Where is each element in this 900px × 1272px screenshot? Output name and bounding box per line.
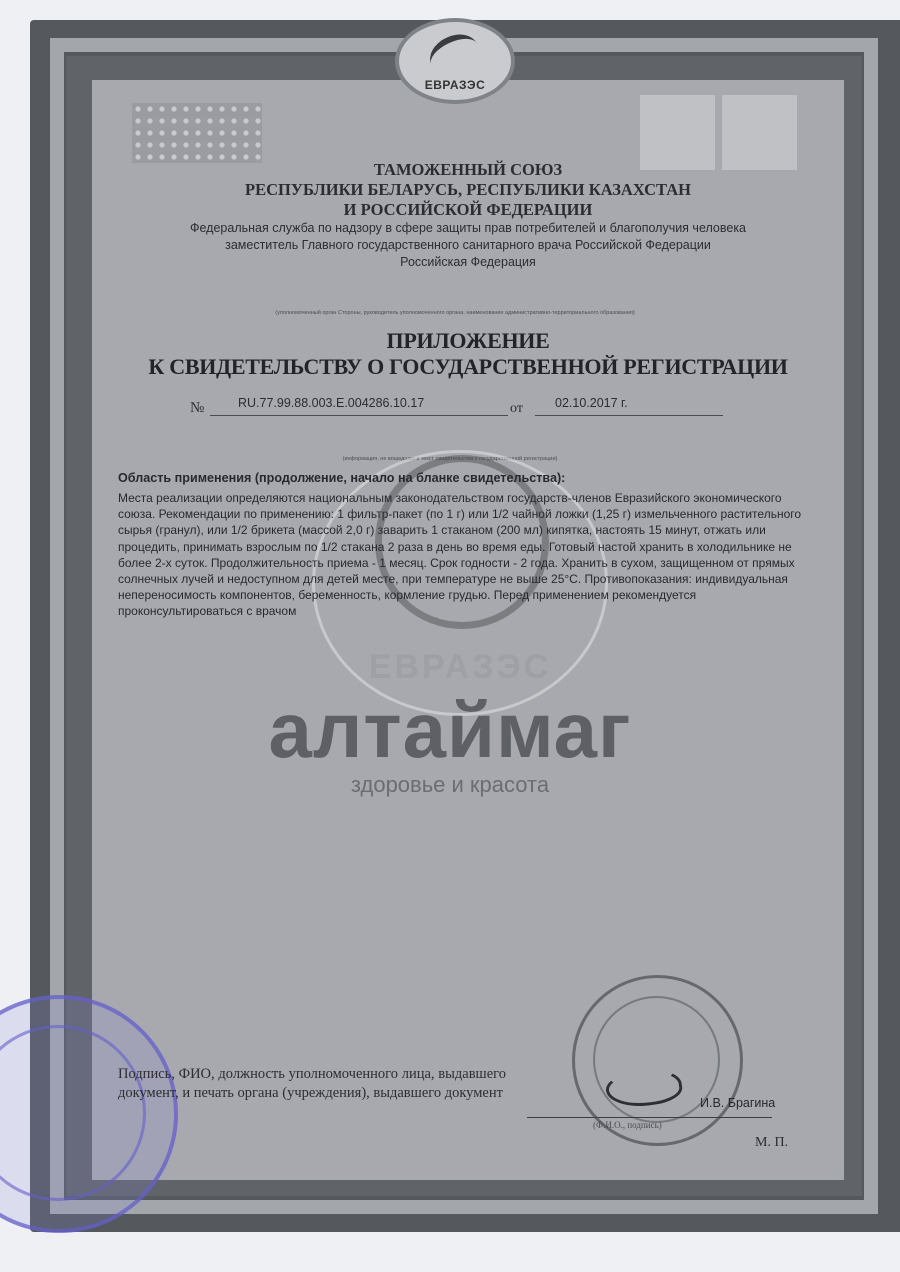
emblem-label: ЕВРАЗЭС bbox=[425, 78, 486, 92]
brand-watermark: алтаймаг здоровье и красота bbox=[200, 690, 700, 798]
blank-field-box bbox=[722, 95, 797, 170]
union-line-2: РЕСПУБЛИКИ БЕЛАРУСЬ, РЕСПУБЛИКИ КАЗАХСТА… bbox=[100, 180, 836, 200]
title-line-2: К СВИДЕТЕЛЬСТВУ О ГОСУДАРСТВЕННОЙ РЕГИСТ… bbox=[100, 354, 836, 380]
signature-line bbox=[527, 1117, 772, 1118]
authority-line-1: Федеральная служба по надзору в сфере за… bbox=[100, 220, 836, 237]
seal-place-mark: М. П. bbox=[755, 1135, 788, 1151]
security-pattern bbox=[132, 103, 262, 163]
document-title: ПРИЛОЖЕНИЕ К СВИДЕТЕЛЬСТВУ О ГОСУДАРСТВЕ… bbox=[100, 328, 836, 380]
title-line-1: ПРИЛОЖЕНИЕ bbox=[100, 328, 836, 354]
eurasec-logo-icon bbox=[424, 27, 485, 81]
authority-caption: (уполномоченный орган Стороны, руководит… bbox=[170, 310, 740, 316]
registration-line: № RU.77.99.88.003.E.004286.10.17 от 02.1… bbox=[190, 396, 730, 420]
union-line-1: ТАМОЖЕННЫЙ СОЮЗ bbox=[100, 160, 836, 180]
authority-line-2: заместитель Главного государственного са… bbox=[100, 237, 836, 254]
scope-body: Места реализации определяются национальн… bbox=[118, 490, 808, 620]
brand-tagline: здоровье и красота bbox=[200, 772, 700, 798]
brand-name: алтаймаг bbox=[200, 690, 700, 770]
signer-name: И.В. Брагина bbox=[700, 1096, 775, 1110]
scope-title: Область применения (продолжение, начало … bbox=[118, 470, 808, 486]
issuing-authority-header: ТАМОЖЕННЫЙ СОЮЗ РЕСПУБЛИКИ БЕЛАРУСЬ, РЕС… bbox=[100, 160, 836, 271]
fio-caption: (Ф.И.О., подпись) bbox=[593, 1120, 662, 1130]
info-caption: (информация, не вошедшая в текст свидете… bbox=[280, 456, 620, 462]
date-label: от bbox=[510, 401, 523, 417]
blank-field-box bbox=[640, 95, 715, 170]
authority-line-3: Российская Федерация bbox=[100, 254, 836, 271]
scope-section: Область применения (продолжение, начало … bbox=[118, 470, 808, 620]
union-line-3: И РОССИЙСКОЙ ФЕДЕРАЦИИ bbox=[100, 200, 836, 220]
number-label: № bbox=[190, 400, 204, 417]
registration-number: RU.77.99.88.003.E.004286.10.17 bbox=[210, 396, 508, 416]
registration-date: 02.10.2017 г. bbox=[535, 396, 723, 416]
signature-caption: Подпись, ФИО, должность уполномоченного … bbox=[118, 1065, 506, 1103]
eurasec-emblem: ЕВРАЗЭС bbox=[395, 18, 515, 104]
